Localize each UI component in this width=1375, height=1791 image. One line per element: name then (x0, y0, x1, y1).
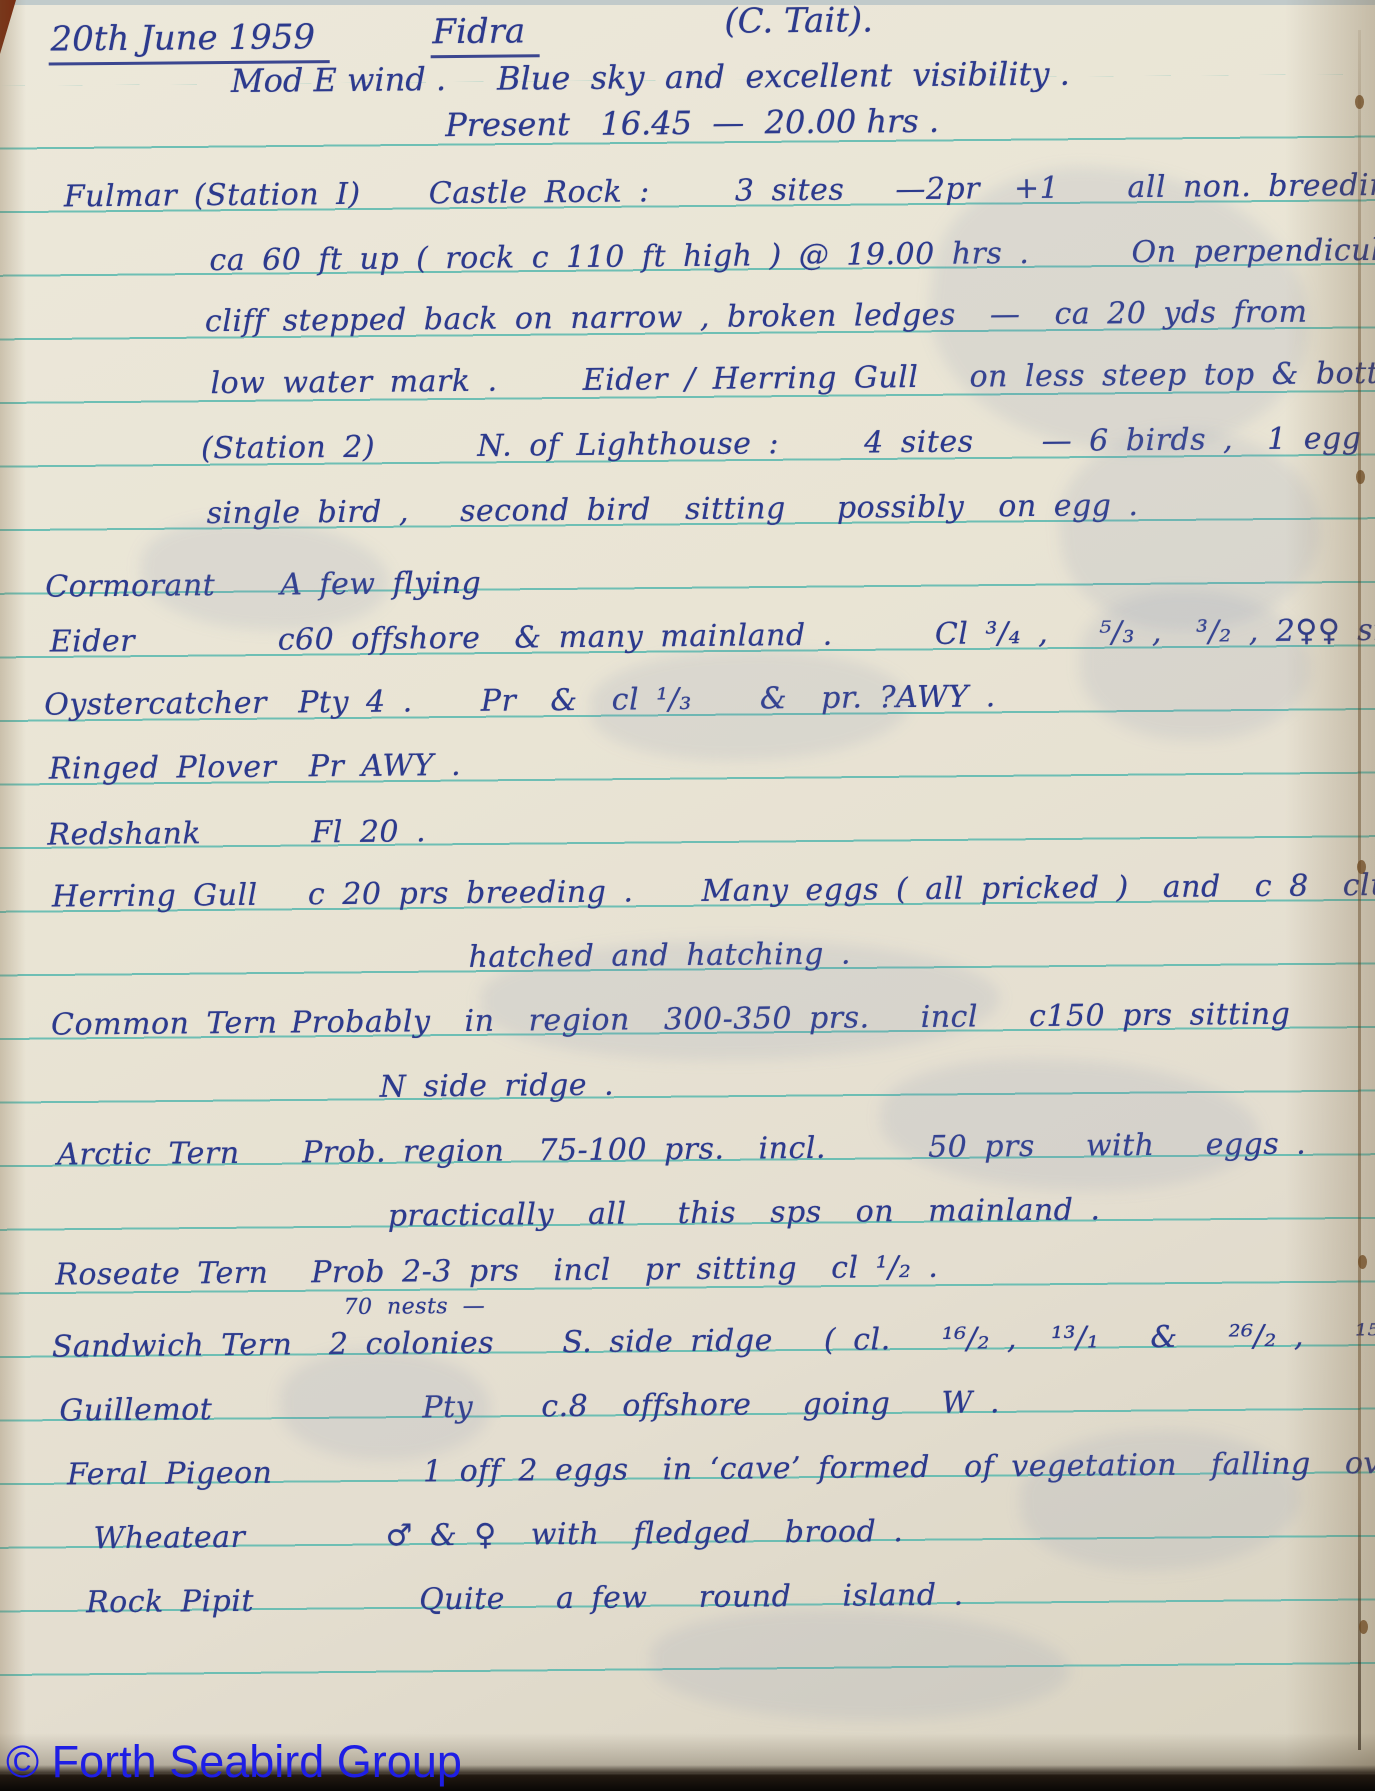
species-label: Wheatear (93, 1520, 245, 1556)
entry-observer: (C. Tait). (724, 0, 873, 41)
observation-note: Fl 20 . (311, 814, 426, 850)
species-label: Fulmar (64, 178, 178, 214)
binding-crease (1358, 30, 1361, 1750)
species-label: Rock Pipit (86, 1584, 254, 1620)
observation-note: Prob 2-3 prs incl pr sitting cl ¹/₂ . (311, 1250, 938, 1290)
entry-location: Fidra (430, 11, 539, 52)
observation-note: N side ridge . (379, 1068, 614, 1105)
ink-bleed-through (280, 1350, 490, 1460)
observation-note: 70 nests — (343, 1294, 485, 1320)
species-label: Oystercatcher (44, 686, 267, 723)
species-label: Feral Pigeon (67, 1456, 273, 1493)
copyright-watermark: © Forth Seabird Group (6, 1736, 462, 1788)
species-label: Herring Gull (52, 878, 258, 915)
notebook-page-scan: 20th June 1959 Fidra (C. Tait). Mod E wi… (0, 0, 1375, 1791)
observation-note: Pty c.8 offshore going W . (422, 1385, 1000, 1425)
left-edge-shadow (0, 0, 26, 1791)
species-label: Arctic Tern (57, 1136, 240, 1173)
stitch-hole (1357, 860, 1366, 874)
observation-row: Sandwich Tern 2 colonies S. side ridge (… (4, 1318, 1375, 1386)
species-label: Sandwich Tern (52, 1327, 293, 1364)
stitch-hole (1355, 95, 1364, 109)
species-label: Guillemot (59, 1392, 212, 1428)
observation-note: Pr AWY . (309, 748, 462, 784)
observation-note: single bird , second bird sitting possib… (206, 488, 1138, 531)
stitch-hole (1358, 1255, 1367, 1269)
present-hours-line: Present 16.45 — 20.00 hrs . (445, 102, 939, 144)
entry-date: 20th June 1959 (48, 17, 329, 59)
species-label: Eider (50, 624, 136, 660)
right-edge-shadow (1285, 0, 1375, 1791)
species-label: Common Tern (51, 1006, 278, 1043)
stitch-hole (1359, 1620, 1368, 1634)
species-label: Ringed Plover (49, 750, 277, 787)
species-label: Redshank (47, 816, 201, 852)
observation-note: ♂ & ♀ with fledged brood . (385, 1514, 903, 1554)
species-label: Roseate Tern (55, 1256, 268, 1293)
entry-location-text: Fidra (430, 11, 539, 58)
stitch-hole (1356, 470, 1365, 484)
entry-date-text: 20th June 1959 (48, 17, 329, 65)
observation-row: Redshank Fl 20 . (0, 806, 1375, 874)
weather-line: Mod E wind . Blue sky and excellent visi… (231, 55, 1070, 100)
observation-row: Herring Gull c 20 prs breeding . Many eg… (0, 868, 1375, 936)
scan-top-edge (0, 0, 1375, 5)
observation-note: practically all this sps on mainland . (388, 1192, 1101, 1233)
